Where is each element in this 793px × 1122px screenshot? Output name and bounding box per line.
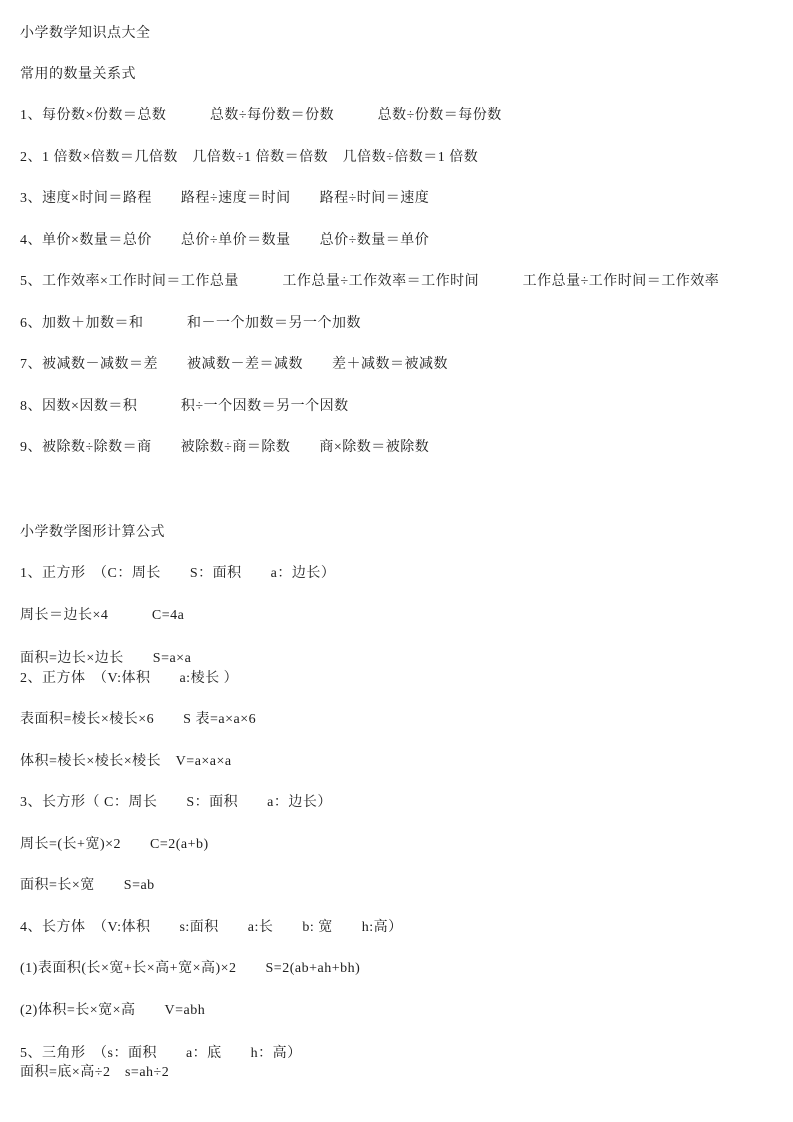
formula-line: 3、速度×时间＝路程 路程÷速度＝时间 路程÷时间＝速度 — [20, 190, 429, 208]
formula-line: 8、因数×因数＝积 积÷一个因数＝另一个因数 — [20, 398, 349, 416]
formula-line: 面积=边长×边长 S=a×a — [20, 650, 191, 668]
formula-line: 2、正方体 （V:体积 a:棱长 ） — [20, 670, 238, 688]
formula-line: (1)表面积(长×宽+长×高+宽×高)×2 S=2(ab+ah+bh) — [20, 960, 360, 978]
section-heading: 小学数学图形计算公式 — [20, 524, 165, 542]
formula-line: 3、长方形（ C：周长 S：面积 a：边长） — [20, 794, 332, 812]
formula-line: 2、1 倍数×倍数＝几倍数 几倍数÷1 倍数＝倍数 几倍数÷倍数＝1 倍数 — [20, 149, 478, 167]
formula-line: 面积=长×宽 S=ab — [20, 877, 155, 895]
formula-line: 9、被除数÷除数＝商 被除数÷商＝除数 商×除数＝被除数 — [20, 439, 429, 457]
section-heading: 常用的数量关系式 — [20, 66, 136, 84]
formula-line: 1、每份数×份数＝总数 总数÷每份数＝份数 总数÷份数＝每份数 — [20, 107, 502, 125]
formula-line: 5、三角形 （s：面积 a：底 h：高） — [20, 1045, 302, 1063]
formula-line: 4、单价×数量＝总价 总价÷单价＝数量 总价÷数量＝单价 — [20, 232, 429, 250]
formula-line: 5、工作效率×工作时间＝工作总量 工作总量÷工作效率＝工作时间 工作总量÷工作时… — [20, 273, 719, 291]
formula-line: 周长=(长+宽)×2 C=2(a+b) — [20, 836, 209, 854]
formula-line: 1、正方形 （C：周长 S：面积 a：边长） — [20, 565, 335, 583]
document-title: 小学数学知识点大全 — [20, 25, 151, 43]
formula-line: 6、加数＋加数＝和 和－一个加数＝另一个加数 — [20, 315, 361, 333]
formula-line: (2)体积=长×宽×高 V=abh — [20, 1002, 205, 1020]
formula-line: 周长＝边长×4 C=4a — [20, 607, 184, 625]
formula-line: 4、长方体 （V:体积 s:面积 a:长 b: 宽 h:高） — [20, 919, 403, 937]
formula-line: 体积=棱长×棱长×棱长 V=a×a×a — [20, 753, 232, 771]
formula-line: 7、被减数－减数＝差 被减数－差＝减数 差＋减数＝被减数 — [20, 356, 448, 374]
formula-line: 面积=底×高÷2 s=ah÷2 — [20, 1064, 169, 1082]
document-page: 小学数学知识点大全 常用的数量关系式 1、每份数×份数＝总数 总数÷每份数＝份数… — [0, 0, 793, 1122]
formula-line: 表面积=棱长×棱长×6 S 表=a×a×6 — [20, 711, 256, 729]
